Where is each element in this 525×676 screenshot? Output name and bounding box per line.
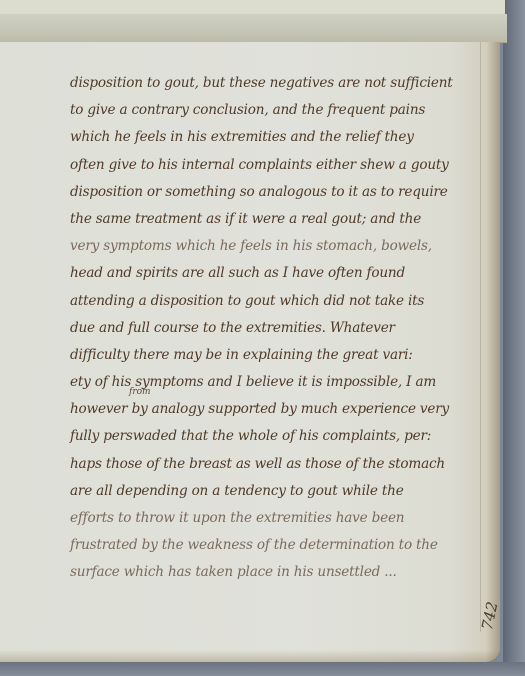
text-line: which he feels in his extremities and th… [70,124,470,151]
text-line: fully perswaded that the whole of his co… [70,423,470,450]
text-line: the same treatment as if it were a real … [70,206,470,233]
underlying-sheet-edge [0,0,505,15]
manuscript-text: disposition to gout, but these negatives… [70,70,470,587]
text-line: to give a contrary conclusion, and the f… [70,97,470,124]
interlinear-insertion: from [129,387,151,397]
text-line: disposition or something so analogous to… [70,179,470,206]
text-line: often give to his internal complaints ei… [70,152,470,179]
text-line: however by analogy supported by much exp… [70,396,470,423]
text-line: due and full course to the extremities. … [70,315,470,342]
text-line: haps those of the breast as well as thos… [70,451,470,478]
margin-rule [480,42,481,632]
page-fold-shadow [0,14,507,43]
text-line: disposition to gout, but these negatives… [70,70,470,97]
text-line: are all depending on a tendency to gout … [70,478,470,505]
text-line: surface which has taken place in his uns… [70,559,470,586]
text-line: frustrated by the weakness of the determ… [70,532,470,559]
scanner-backdrop-bottom [0,662,525,676]
text-line: attending a disposition to gout which di… [70,288,470,315]
text-line: very symptoms which he feels in his stom… [70,233,470,260]
text-line: efforts to throw it upon the extremities… [70,505,470,532]
scanner-backdrop-right [503,0,525,676]
text-line: difficulty there may be in explaining th… [70,342,470,369]
text-line: head and spirits are all such as I have … [70,260,470,287]
